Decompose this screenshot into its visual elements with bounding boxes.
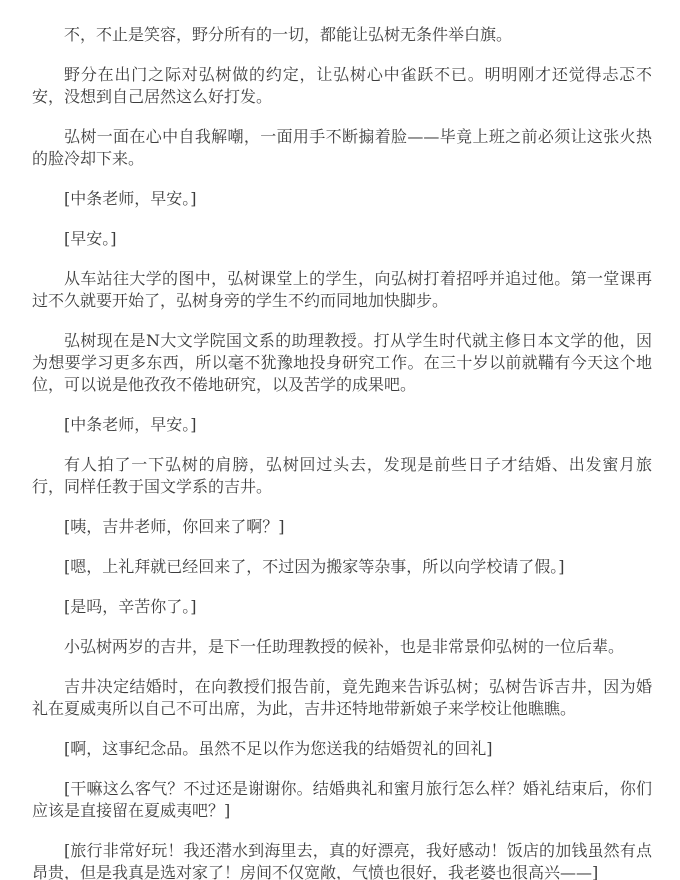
paragraph: 弘树现在是N大文学院国文系的助理教授。打从学生时代就主修日本文学的他，因为想要学… [32,330,652,396]
paragraph: 不，不止是笑容，野分所有的一切，都能让弘树无条件举白旗。 [32,24,652,46]
dialogue-paragraph: [啊，这事纪念品。虽然不足以作为您送我的结婚贺礼的回礼] [32,738,652,760]
dialogue-paragraph: [是吗，辛苦你了。] [32,596,652,618]
paragraph: 有人拍了一下弘树的肩膀，弘树回过头去，发现是前些日子才结婚、出发蜜月旅行，同样任… [32,454,652,498]
dialogue-paragraph: [嗯，上礼拜就已经回来了，不过因为搬家等杂事，所以向学校请了假。] [32,556,652,578]
paragraph: 小弘树两岁的吉井，是下一任助理教授的候补，也是非常景仰弘树的一位后辈。 [32,636,652,658]
paragraph: 野分在出门之际对弘树做的约定，让弘树心中雀跃不已。明明刚才还觉得忐忑不安，没想到… [32,64,652,108]
dialogue-paragraph: [旅行非常好玩！我还潜水到海里去，真的好漂亮，我好感动！饭店的加钱虽然有点昂贵，… [32,840,652,880]
paragraph: 弘树一面在心中自我解嘲，一面用手不断搧着脸——毕竟上班之前必须让这张火热的脸冷却… [32,126,652,170]
paragraph: 吉井决定结婚时，在向教授们报告前，竟先跑来告诉弘树；弘树告诉吉井，因为婚礼在夏威… [32,676,652,720]
dialogue-paragraph: [早安。] [32,228,652,250]
dialogue-paragraph: [咦，吉井老师，你回来了啊？] [32,516,652,538]
paragraph: 从车站往大学的图中，弘树课堂上的学生，向弘树打着招呼并追过他。第一堂课再过不久就… [32,268,652,312]
dialogue-paragraph: [中条老师，早安。] [32,414,652,436]
dialogue-paragraph: [中条老师，早安。] [32,188,652,210]
dialogue-paragraph: [干嘛这么客气？不过还是谢谢你。结婚典礼和蜜月旅行怎么样？婚礼结束后，你们应该是… [32,778,652,822]
novel-text-page: 不，不止是笑容，野分所有的一切，都能让弘树无条件举白旗。 野分在出门之际对弘树做… [0,0,680,880]
